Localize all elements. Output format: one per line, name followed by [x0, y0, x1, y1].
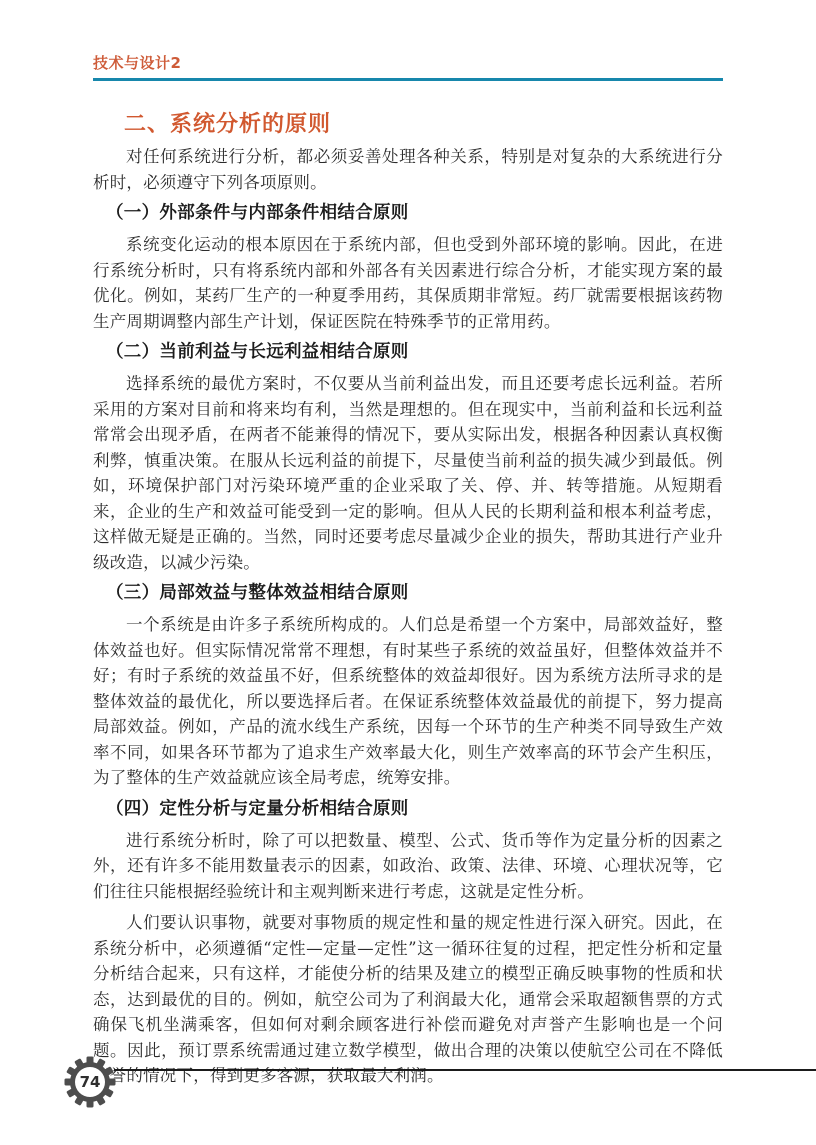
subsection-external-internal: （一）外部条件与内部条件相结合原则 系统变化运动的根本原因在于系统内部，但也受到…	[93, 200, 723, 334]
page-header: 技术与设计2	[0, 0, 816, 81]
section-title: 二、系统分析的原则	[124, 112, 723, 138]
subsection-heading: （一）外部条件与内部条件相结合原则	[93, 200, 723, 226]
page-content: 二、系统分析的原则 对任何系统进行分析，都必须妥善处理各种关系，特别是对复杂的大…	[0, 81, 816, 1089]
subsection-paragraph: 进行系统分析时，除了可以把数量、模型、公式、货币等作为定量分析的因素之外，还有许…	[93, 828, 723, 905]
subsection-current-longterm: （二）当前利益与长远利益相结合原则 选择系统的最优方案时，不仅要从当前利益出发，…	[93, 339, 723, 575]
book-title: 技术与设计2	[93, 52, 723, 73]
subsection-paragraph: 人们要认识事物，就要对事物质的规定性和量的规定性进行深入研究。因此，在系统分析中…	[93, 910, 723, 1089]
subsection-heading: （二）当前利益与长远利益相结合原则	[93, 339, 723, 365]
page-number: 74	[80, 1073, 101, 1091]
subsection-paragraph: 一个系统是由许多子系统所构成的。人们总是希望一个方案中，局部效益好，整体效益也好…	[93, 612, 723, 791]
subsection-paragraph: 选择系统的最优方案时，不仅要从当前利益出发，而且还要考虑长远利益。若所采用的方案…	[93, 371, 723, 575]
footer-divider	[114, 1069, 816, 1071]
subsection-paragraph: 系统变化运动的根本原因在于系统内部，但也受到外部环境的影响。因此，在进行系统分析…	[93, 232, 723, 334]
subsection-qualitative-quantitative: （四）定性分析与定量分析相结合原则 进行系统分析时，除了可以把数量、模型、公式、…	[93, 796, 723, 1089]
subsection-heading: （三）局部效益与整体效益相结合原则	[93, 580, 723, 606]
intro-paragraph: 对任何系统进行分析，都必须妥善处理各种关系，特别是对复杂的大系统进行分析时，必须…	[93, 144, 723, 195]
gear-icon: 74	[64, 1056, 116, 1108]
textbook-page: 技术与设计2 二、系统分析的原则 对任何系统进行分析，都必须妥善处理各种关系，特…	[0, 0, 816, 1145]
subsection-local-overall: （三）局部效益与整体效益相结合原则 一个系统是由许多子系统所构成的。人们总是希望…	[93, 580, 723, 791]
subsection-heading: （四）定性分析与定量分析相结合原则	[93, 796, 723, 822]
